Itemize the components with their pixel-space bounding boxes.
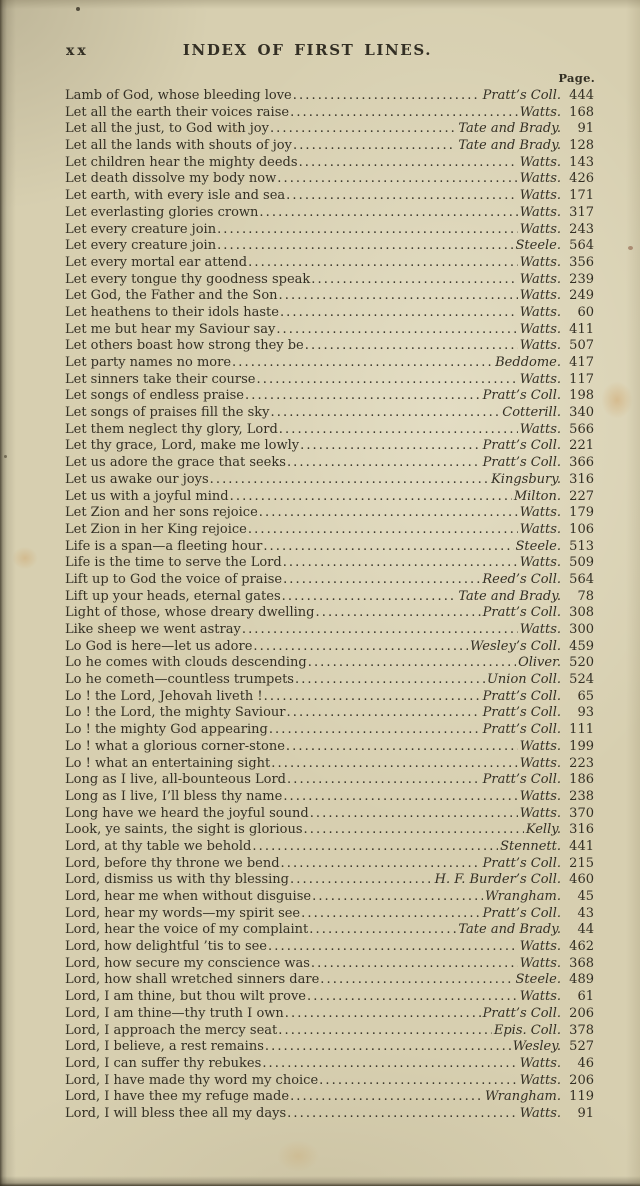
entry-source: Watts. [520, 939, 561, 956]
dot-leader [309, 922, 456, 939]
dot-leader [301, 906, 481, 923]
index-entry: Lift up your heads, eternal gates Tate a… [65, 589, 594, 606]
entry-source: Pratt’s Coll. [483, 705, 561, 722]
entry-source: Watts. [520, 288, 561, 305]
entry-first-line: Life is a span—a fleeting hour [65, 539, 262, 556]
page-column-label: Page. [558, 71, 595, 85]
entry-source: Tate and Brady. [458, 589, 561, 606]
entry-page-number: 520 [561, 655, 594, 672]
entry-source: Oliver. [518, 655, 561, 672]
entry-page-number: 215 [561, 856, 594, 873]
entry-source: Wrangham. [485, 889, 561, 906]
index-entry: Let God, the Father and the Son Watts. 2… [65, 288, 594, 305]
index-entry: Let earth, with every isle and sea Watts… [65, 188, 594, 205]
index-entry: Lord, I believe, a rest remains Wesley. … [65, 1039, 594, 1056]
entry-source: Watts. [520, 522, 561, 539]
dot-leader [264, 689, 481, 706]
entry-source: Pratt’s Coll. [483, 689, 561, 706]
dot-leader [265, 1039, 511, 1056]
entry-page-number: 168 [561, 105, 594, 122]
entry-page-number: 43 [561, 906, 594, 923]
dot-leader [280, 305, 518, 322]
index-entry: Let all the earth their voices raise Wat… [65, 105, 594, 122]
index-entry: Lo ! the Lord, the mighty Saviour Pratt’… [65, 705, 594, 722]
index-entry: Let sinners take their course Watts. 117 [65, 372, 594, 389]
entry-source: Pratt’s Coll. [483, 906, 561, 923]
entry-source: Watts. [520, 305, 561, 322]
entry-source: Pratt’s Coll. [483, 722, 561, 739]
dot-leader [308, 655, 516, 672]
entry-source: Stennett. [500, 839, 561, 856]
entry-first-line: Let earth, with every isle and sea [65, 188, 285, 205]
entry-page-number: 489 [561, 972, 594, 989]
index-entry: Let songs of endless praise Pratt’s Coll… [65, 388, 594, 405]
dot-leader [293, 88, 481, 105]
entry-page-number: 507 [561, 338, 594, 355]
entry-first-line: Let us adore the grace that seeks [65, 455, 286, 472]
dot-leader [286, 188, 518, 205]
index-entry: Let everlasting glories crown Watts. 317 [65, 205, 594, 222]
index-entry: Let others boast how strong they be Watt… [65, 338, 594, 355]
entry-first-line: Let us awake our joys [65, 472, 209, 489]
index-entry: Lord, I am thine, but thou wilt prove Wa… [65, 989, 594, 1006]
entry-first-line: Let them neglect thy glory, Lord [65, 422, 278, 439]
index-entry: Let us with a joyful mind Milton. 227 [65, 489, 594, 506]
entry-first-line: Lord, hear my words—my spirit see [65, 906, 300, 923]
dot-leader [311, 956, 518, 973]
dot-leader [262, 1056, 517, 1073]
dot-leader [271, 405, 501, 422]
index-entry: Let all the just, to God with joy Tate a… [65, 121, 594, 138]
entry-page-number: 513 [561, 539, 594, 556]
page-title: INDEX OF FIRST LINES. [65, 41, 594, 59]
dot-leader [232, 355, 493, 372]
dot-leader [287, 455, 481, 472]
entry-source: Pratt’s Coll. [483, 88, 561, 105]
entry-source: Epis. Coll. [494, 1023, 561, 1040]
entry-page-number: 78 [561, 589, 594, 606]
entry-page-number: 340 [561, 405, 594, 422]
index-entry: Lift up to God the voice of praise Reed’… [65, 572, 594, 589]
entry-page-number: 119 [561, 1089, 594, 1106]
index-entry: Let party names no more Beddome. 417 [65, 355, 594, 372]
entry-source: Watts. [520, 105, 561, 122]
entry-source: Watts. [520, 272, 561, 289]
entry-page-number: 462 [561, 939, 594, 956]
entry-first-line: Long as I live, all-bounteous Lord [65, 772, 286, 789]
entry-first-line: Let thy grace, Lord, make me lowly [65, 438, 299, 455]
index-entry: Lo ! what an entertaining sight Watts. 2… [65, 756, 594, 773]
index-entry: Let us adore the grace that seeks Pratt’… [65, 455, 594, 472]
entry-first-line: Lord, I believe, a rest remains [65, 1039, 264, 1056]
entry-first-line: Lo ! the Lord, the mighty Saviour [65, 705, 286, 722]
entry-source: Watts. [520, 205, 561, 222]
index-entry: Lo ! what a glorious corner-stone Watts.… [65, 739, 594, 756]
entry-first-line: Life is the time to serve the Lord [65, 555, 282, 572]
entry-first-line: Lord, I have made thy word my choice [65, 1073, 318, 1090]
index-entry: Let thy grace, Lord, make me lowly Pratt… [65, 438, 594, 455]
dot-leader [217, 238, 513, 255]
entry-source: Tate and Brady. [458, 138, 561, 155]
entry-first-line: Lamb of God, whose bleeding love [65, 88, 292, 105]
index-entry: Lo he comes with clouds descending Olive… [65, 655, 594, 672]
index-entry: Lo he cometh—countless trumpets Union Co… [65, 672, 594, 689]
index-entry: Long as I live, all-bounteous Lord Pratt… [65, 772, 594, 789]
entry-page-number: 111 [561, 722, 594, 739]
index-entry: Lord, I will bless thee all my days Watt… [65, 1106, 594, 1123]
entry-first-line: Lo he cometh—countless trumpets [65, 672, 294, 689]
index-entry: Let Zion and her sons rejoice Watts. 179 [65, 505, 594, 522]
entry-page-number: 239 [561, 272, 594, 289]
entry-page-number: 91 [561, 1106, 594, 1123]
dot-leader [283, 789, 517, 806]
dot-leader [295, 672, 485, 689]
entry-page-number: 45 [561, 889, 594, 906]
entry-page-number: 524 [561, 672, 594, 689]
entry-source: Steele. [516, 539, 562, 556]
entry-page-number: 564 [561, 238, 594, 255]
entry-first-line: Lord, I am thine, but thou wilt prove [65, 989, 306, 1006]
dot-leader [320, 972, 513, 989]
entry-page-number: 91 [561, 121, 594, 138]
entry-page-number: 60 [561, 305, 594, 322]
entry-source: Watts. [520, 422, 561, 439]
entry-source: Wesley. [513, 1039, 561, 1056]
entry-source: H. F. Burder’s Coll. [435, 872, 561, 889]
entry-source: Pratt’s Coll. [483, 455, 561, 472]
entry-first-line: Long as I live, I’ll bless thy name [65, 789, 282, 806]
folio-number: xx [66, 43, 89, 59]
index-entry: Let children hear the mighty deeds Watts… [65, 155, 594, 172]
index-entry: Lord, I approach the mercy seat Epis. Co… [65, 1023, 594, 1040]
entry-page-number: 308 [561, 605, 594, 622]
index-entry: Let songs of praises fill the sky Cotter… [65, 405, 594, 422]
entry-page-number: 46 [561, 1056, 594, 1073]
entry-source: Tate and Brady. [458, 922, 561, 939]
index-entry: Lord, I can suffer thy rebukes Watts. 46 [65, 1056, 594, 1073]
entry-page-number: 459 [561, 639, 594, 656]
index-entry: Let death dissolve my body now Watts. 42… [65, 171, 594, 188]
paper-speck [628, 246, 633, 250]
entry-page-number: 441 [561, 839, 594, 856]
entry-first-line: Let sinners take their course [65, 372, 256, 389]
entry-first-line: Lord, at thy table we behold [65, 839, 251, 856]
index-entry: Look, ye saints, the sight is glorious K… [65, 822, 594, 839]
entry-first-line: Lord, how secure my conscience was [65, 956, 310, 973]
entry-first-line: Let Zion in her King rejoice [65, 522, 247, 539]
entry-first-line: Lift up your heads, eternal gates [65, 589, 281, 606]
index-entry: Lord, before thy throne we bend Pratt’s … [65, 856, 594, 873]
index-entry: Let them neglect thy glory, Lord Watts. … [65, 422, 594, 439]
entry-first-line: Let heathens to their idols haste [65, 305, 279, 322]
dot-leader [278, 1023, 492, 1040]
entry-source: Watts. [520, 171, 561, 188]
entry-page-number: 300 [561, 622, 594, 639]
entry-first-line: Let me but hear my Saviour say [65, 322, 275, 339]
entry-source: Watts. [520, 1056, 561, 1073]
dot-leader [210, 472, 489, 489]
entry-page-number: 527 [561, 1039, 594, 1056]
dot-leader [315, 605, 480, 622]
index-entry: Lord, I have thee my refuge made Wrangha… [65, 1089, 594, 1106]
entry-page-number: 411 [561, 322, 594, 339]
index-entry: Lord, hear the voice of my complaint Tat… [65, 922, 594, 939]
index-entry: Lord, how shall wretched sinners dare St… [65, 972, 594, 989]
entry-page-number: 316 [561, 822, 594, 839]
entry-page-number: 366 [561, 455, 594, 472]
entry-page-number: 370 [561, 806, 594, 823]
entry-source: Milton. [514, 489, 561, 506]
entry-page-number: 206 [561, 1073, 594, 1090]
index-entry: Lord, hear me when without disguise Wran… [65, 889, 594, 906]
entry-first-line: Lord, I can suffer thy rebukes [65, 1056, 261, 1073]
entry-first-line: Lo ! what an entertaining sight [65, 756, 270, 773]
index-entry: Lo ! the mighty God appearing Pratt’s Co… [65, 722, 594, 739]
dot-leader [277, 171, 518, 188]
entry-first-line: Lord, how shall wretched sinners dare [65, 972, 319, 989]
entry-first-line: Lo God is here—let us adore [65, 639, 252, 656]
dot-leader [263, 539, 513, 556]
entry-first-line: Let every creature join [65, 222, 216, 239]
entry-first-line: Let every creature join [65, 238, 216, 255]
entry-first-line: Lord, I am thine—thy truth I own [65, 1006, 284, 1023]
dot-leader [269, 722, 481, 739]
entry-source: Watts. [520, 338, 561, 355]
entry-source: Union Coll. [487, 672, 561, 689]
entry-source: Tate and Brady. [458, 121, 561, 138]
index-entry: Lo God is here—let us adore Wesley’s Col… [65, 639, 594, 656]
index-list: Lamb of God, whose bleeding love Pratt’s… [65, 88, 594, 1123]
entry-page-number: 65 [561, 689, 594, 706]
entry-source: Watts. [520, 222, 561, 239]
entry-source: Steele. [516, 972, 562, 989]
entry-source: Watts. [520, 756, 561, 773]
entry-source: Watts. [520, 622, 561, 639]
dot-leader [270, 121, 456, 138]
index-entry: Let every creature join Steele. 564 [65, 238, 594, 255]
entry-source: Watts. [520, 1073, 561, 1090]
entry-source: Watts. [520, 255, 561, 272]
entry-source: Pratt’s Coll. [483, 438, 561, 455]
entry-first-line: Lo he comes with clouds descending [65, 655, 307, 672]
dot-leader [259, 505, 518, 522]
entry-page-number: 179 [561, 505, 594, 522]
index-entry: Light of those, whose dreary dwelling Pr… [65, 605, 594, 622]
entry-first-line: Let Zion and her sons rejoice [65, 505, 258, 522]
entry-source: Pratt’s Coll. [483, 772, 561, 789]
entry-source: Watts. [520, 155, 561, 172]
entry-source: Beddome. [495, 355, 561, 372]
dot-leader [276, 322, 517, 339]
entry-source: Watts. [520, 989, 561, 1006]
entry-page-number: 566 [561, 422, 594, 439]
dot-leader [287, 1106, 518, 1123]
entry-page-number: 171 [561, 188, 594, 205]
entry-first-line: Look, ye saints, the sight is glorious [65, 822, 303, 839]
entry-page-number: 117 [561, 372, 594, 389]
dot-leader [300, 438, 481, 455]
dot-leader [311, 272, 517, 289]
entry-page-number: 243 [561, 222, 594, 239]
entry-first-line: Lord, hear me when without disguise [65, 889, 311, 906]
entry-page-number: 44 [561, 922, 594, 939]
entry-first-line: Let songs of praises fill the sky [65, 405, 270, 422]
entry-first-line: Let all the lands with shouts of joy [65, 138, 292, 155]
entry-first-line: Let every tongue thy goodness speak [65, 272, 310, 289]
entry-source: Kelly. [526, 822, 561, 839]
index-entry: Let all the lands with shouts of joy Tat… [65, 138, 594, 155]
paper-speck [76, 7, 80, 11]
dot-leader [268, 939, 518, 956]
index-entry: Lord, how secure my conscience was Watts… [65, 956, 594, 973]
dot-leader [312, 889, 483, 906]
entry-first-line: Let death dissolve my body now [65, 171, 276, 188]
entry-source: Watts. [520, 505, 561, 522]
index-entry: Let every tongue thy goodness speak Watt… [65, 272, 594, 289]
entry-first-line: Lo ! the mighty God appearing [65, 722, 268, 739]
dot-leader [310, 806, 518, 823]
dot-leader [290, 1089, 483, 1106]
dot-leader [305, 338, 518, 355]
entry-source: Pratt’s Coll. [483, 1006, 561, 1023]
dot-leader [245, 388, 481, 405]
dot-leader [290, 105, 518, 122]
dot-leader [319, 1073, 518, 1090]
paper-stain [596, 375, 638, 425]
entry-source: Cotterill. [502, 405, 561, 422]
entry-first-line: Light of those, whose dreary dwelling [65, 605, 314, 622]
index-entry: Long have we heard the joyful sound Watt… [65, 806, 594, 823]
dot-leader [279, 288, 518, 305]
index-entry: Lord, at thy table we behold Stennett. 4… [65, 839, 594, 856]
entry-page-number: 238 [561, 789, 594, 806]
dot-leader [283, 572, 480, 589]
index-entry: Let Zion in her King rejoice Watts. 106 [65, 522, 594, 539]
index-entry: Lord, hear my words—my spirit see Pratt’… [65, 906, 594, 923]
dot-leader [287, 772, 481, 789]
entry-first-line: Let us with a joyful mind [65, 489, 229, 506]
entry-source: Watts. [520, 188, 561, 205]
entry-source: Pratt’s Coll. [483, 856, 561, 873]
entry-page-number: 221 [561, 438, 594, 455]
dot-leader [293, 138, 456, 155]
entry-page-number: 186 [561, 772, 594, 789]
entry-first-line: Let everlasting glories crown [65, 205, 258, 222]
entry-source: Watts. [520, 555, 561, 572]
entry-first-line: Long have we heard the joyful sound [65, 806, 309, 823]
dot-leader [299, 155, 518, 172]
entry-page-number: 249 [561, 288, 594, 305]
index-entry: Like sheep we went astray Watts. 300 [65, 622, 594, 639]
entry-first-line: Let all the earth their voices raise [65, 105, 289, 122]
entry-page-number: 143 [561, 155, 594, 172]
entry-source: Wesley’s Coll. [470, 639, 561, 656]
index-entry: Life is the time to serve the Lord Watts… [65, 555, 594, 572]
dot-leader [283, 555, 518, 572]
entry-source: Reed’s Coll. [482, 572, 561, 589]
entry-first-line: Lord, before thy throne we bend [65, 856, 280, 873]
dot-leader [304, 822, 524, 839]
entry-first-line: Let all the just, to God with joy [65, 121, 269, 138]
entry-first-line: Let every mortal ear attend [65, 255, 247, 272]
entry-page-number: 206 [561, 1006, 594, 1023]
dot-leader [290, 872, 433, 889]
entry-source: Pratt’s Coll. [483, 605, 561, 622]
dot-leader [271, 756, 518, 773]
entry-first-line: Lord, I approach the mercy seat [65, 1023, 277, 1040]
entry-page-number: 426 [561, 171, 594, 188]
entry-source: Watts. [520, 372, 561, 389]
index-entry: Lamb of God, whose bleeding love Pratt’s… [65, 88, 594, 105]
entry-page-number: 509 [561, 555, 594, 572]
dot-leader [307, 989, 518, 1006]
index-entry: Lord, I have made thy word my choice Wat… [65, 1073, 594, 1090]
entry-page-number: 199 [561, 739, 594, 756]
entry-page-number: 223 [561, 756, 594, 773]
entry-first-line: Lift up to God the voice of praise [65, 572, 282, 589]
paper-speck [4, 455, 7, 458]
entry-first-line: Let party names no more [65, 355, 231, 372]
entry-source: Watts. [520, 806, 561, 823]
entry-first-line: Let songs of endless praise [65, 388, 244, 405]
entry-page-number: 93 [561, 705, 594, 722]
index-entry: Let every creature join Watts. 243 [65, 222, 594, 239]
entry-source: Pratt’s Coll. [483, 388, 561, 405]
entry-page-number: 106 [561, 522, 594, 539]
entry-source: Watts. [520, 789, 561, 806]
dot-leader [242, 622, 518, 639]
dot-leader [230, 489, 512, 506]
entry-page-number: 198 [561, 388, 594, 405]
index-entry: Let me but hear my Saviour say Watts. 41… [65, 322, 594, 339]
entry-source: Watts. [520, 1106, 561, 1123]
entry-source: Watts. [520, 956, 561, 973]
entry-page-number: 564 [561, 572, 594, 589]
dot-leader [257, 372, 518, 389]
index-entry: Lord, how delightful ’tis to see Watts. … [65, 939, 594, 956]
index-entry: Let us awake our joys Kingsbury. 316 [65, 472, 594, 489]
entry-page-number: 128 [561, 138, 594, 155]
dot-leader [248, 522, 518, 539]
entry-page-number: 444 [561, 88, 594, 105]
entry-source: Wrangham. [485, 1089, 561, 1106]
entry-first-line: Lord, I have thee my refuge made [65, 1089, 289, 1106]
dot-leader [248, 255, 518, 272]
page-header: xx INDEX OF FIRST LINES. [65, 41, 594, 61]
index-entry: Lord, dismiss us with thy blessing H. F.… [65, 872, 594, 889]
entry-first-line: Let others boast how strong they be [65, 338, 304, 355]
entry-source: Watts. [520, 322, 561, 339]
entry-first-line: Lord, how delightful ’tis to see [65, 939, 267, 956]
entry-page-number: 378 [561, 1023, 594, 1040]
dot-leader [282, 589, 457, 606]
dot-leader [286, 739, 518, 756]
index-entry: Life is a span—a fleeting hour Steele. 5… [65, 539, 594, 556]
entry-page-number: 61 [561, 989, 594, 1006]
index-entry: Let every mortal ear attend Watts. 356 [65, 255, 594, 272]
dot-leader [279, 422, 518, 439]
entry-page-number: 317 [561, 205, 594, 222]
dot-leader [281, 856, 481, 873]
entry-source: Watts. [520, 739, 561, 756]
entry-first-line: Lo ! the Lord, Jehovah liveth ! [65, 689, 263, 706]
entry-page-number: 417 [561, 355, 594, 372]
entry-page-number: 227 [561, 489, 594, 506]
entry-page-number: 356 [561, 255, 594, 272]
entry-first-line: Like sheep we went astray [65, 622, 241, 639]
entry-page-number: 368 [561, 956, 594, 973]
entry-first-line: Lord, hear the voice of my complaint [65, 922, 308, 939]
